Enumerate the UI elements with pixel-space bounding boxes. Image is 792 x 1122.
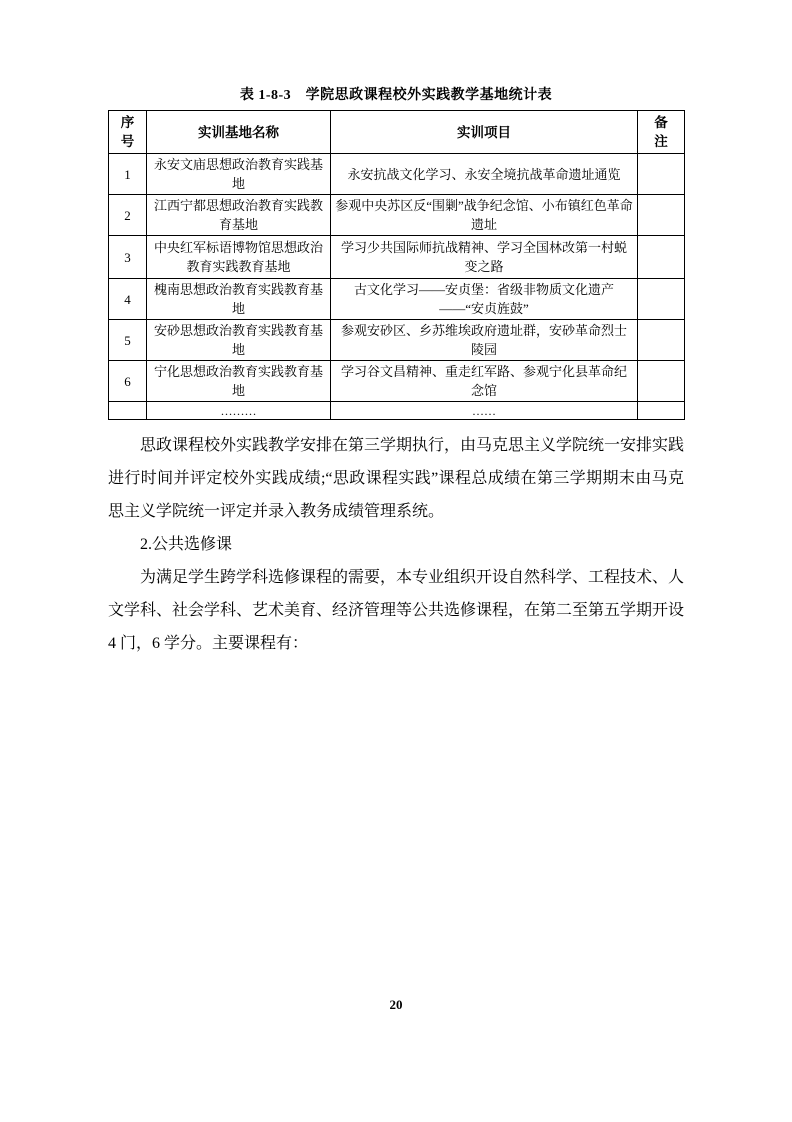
cell-no: 3 <box>109 236 147 279</box>
cell-base-name: 中央红军标语博物馆思想政治教育实践教育基地 <box>147 236 331 279</box>
cell-remark <box>638 279 685 320</box>
table-header-row: 序 号 实训基地名称 实训项目 备 注 <box>109 111 685 154</box>
cell-project: 学习少共国际师抗战精神、学习全国林改第一村蜕变之路 <box>331 236 638 279</box>
cell-remark <box>638 154 685 195</box>
table-row: 1 永安文庙思想政治教育实践基地 永安抗战文化学习、永安全境抗战革命遗址通览 <box>109 154 685 195</box>
cell-project: 参观中央苏区反“围剿”战争纪念馆、小布镇红色革命遗址 <box>331 195 638 236</box>
section-heading-elective-courses: 2.公共选修课 <box>108 528 684 561</box>
document-page: 表 1-8-3 学院思政课程校外实践教学基地统计表 序 号 实训基地名称 实训项… <box>0 0 792 1122</box>
practice-base-table: 序 号 实训基地名称 实训项目 备 注 1 永安文庙思想政治教育实践基地 永安抗… <box>108 110 685 420</box>
col-header-remark: 备 注 <box>638 111 685 154</box>
cell-no: 2 <box>109 195 147 236</box>
table-row: 4 槐南思想政治教育实践教育基地 古文化学习——安贞堡：省级非物质文化遗产——“… <box>109 279 685 320</box>
cell-remark <box>638 195 685 236</box>
cell-project: …… <box>331 402 638 420</box>
col-header-no: 序 号 <box>109 111 147 154</box>
page-number: 20 <box>0 997 792 1013</box>
col-header-base-name: 实训基地名称 <box>147 111 331 154</box>
cell-remark <box>638 361 685 402</box>
cell-base-name: 槐南思想政治教育实践教育基地 <box>147 279 331 320</box>
table-row: 6 宁化思想政治教育实践教育基地 学习谷文昌精神、重走红军路、参观宁化县革命纪念… <box>109 361 685 402</box>
paragraph-practice-arrangement: 思政课程校外实践教学安排在第三学期执行，由马克思主义学院统一安排实践进行时间并评… <box>108 429 684 528</box>
paragraph-elective-courses: 为满足学生跨学科选修课程的需要，本专业组织开设自然科学、工程技术、人文学科、社会… <box>108 561 684 660</box>
cell-no: 1 <box>109 154 147 195</box>
page-content: 表 1-8-3 学院思政课程校外实践教学基地统计表 序 号 实训基地名称 实训项… <box>108 86 684 660</box>
cell-project: 永安抗战文化学习、永安全境抗战革命遗址通览 <box>331 154 638 195</box>
cell-base-name: ……… <box>147 402 331 420</box>
cell-base-name: 宁化思想政治教育实践教育基地 <box>147 361 331 402</box>
cell-base-name: 江西宁都思想政治教育实践教育基地 <box>147 195 331 236</box>
cell-remark <box>638 236 685 279</box>
cell-project: 学习谷文昌精神、重走红军路、参观宁化县革命纪念馆 <box>331 361 638 402</box>
cell-remark <box>638 320 685 361</box>
body-text: 思政课程校外实践教学安排在第三学期执行，由马克思主义学院统一安排实践进行时间并评… <box>108 429 684 660</box>
table-row: 3 中央红军标语博物馆思想政治教育实践教育基地 学习少共国际师抗战精神、学习全国… <box>109 236 685 279</box>
cell-remark <box>638 402 685 420</box>
col-header-project: 实训项目 <box>331 111 638 154</box>
cell-project: 参观安砂区、乡苏维埃政府遗址群，安砂革命烈士陵园 <box>331 320 638 361</box>
cell-base-name: 安砂思想政治教育实践教育基地 <box>147 320 331 361</box>
cell-no: 4 <box>109 279 147 320</box>
cell-no: 6 <box>109 361 147 402</box>
table-row: 2 江西宁都思想政治教育实践教育基地 参观中央苏区反“围剿”战争纪念馆、小布镇红… <box>109 195 685 236</box>
cell-project: 古文化学习——安贞堡：省级非物质文化遗产——“安贞旌鼓” <box>331 279 638 320</box>
table-row: ……… …… <box>109 402 685 420</box>
table-title: 表 1-8-3 学院思政课程校外实践教学基地统计表 <box>108 86 684 106</box>
cell-no: 5 <box>109 320 147 361</box>
cell-base-name: 永安文庙思想政治教育实践基地 <box>147 154 331 195</box>
table-row: 5 安砂思想政治教育实践教育基地 参观安砂区、乡苏维埃政府遗址群，安砂革命烈士陵… <box>109 320 685 361</box>
cell-no <box>109 402 147 420</box>
